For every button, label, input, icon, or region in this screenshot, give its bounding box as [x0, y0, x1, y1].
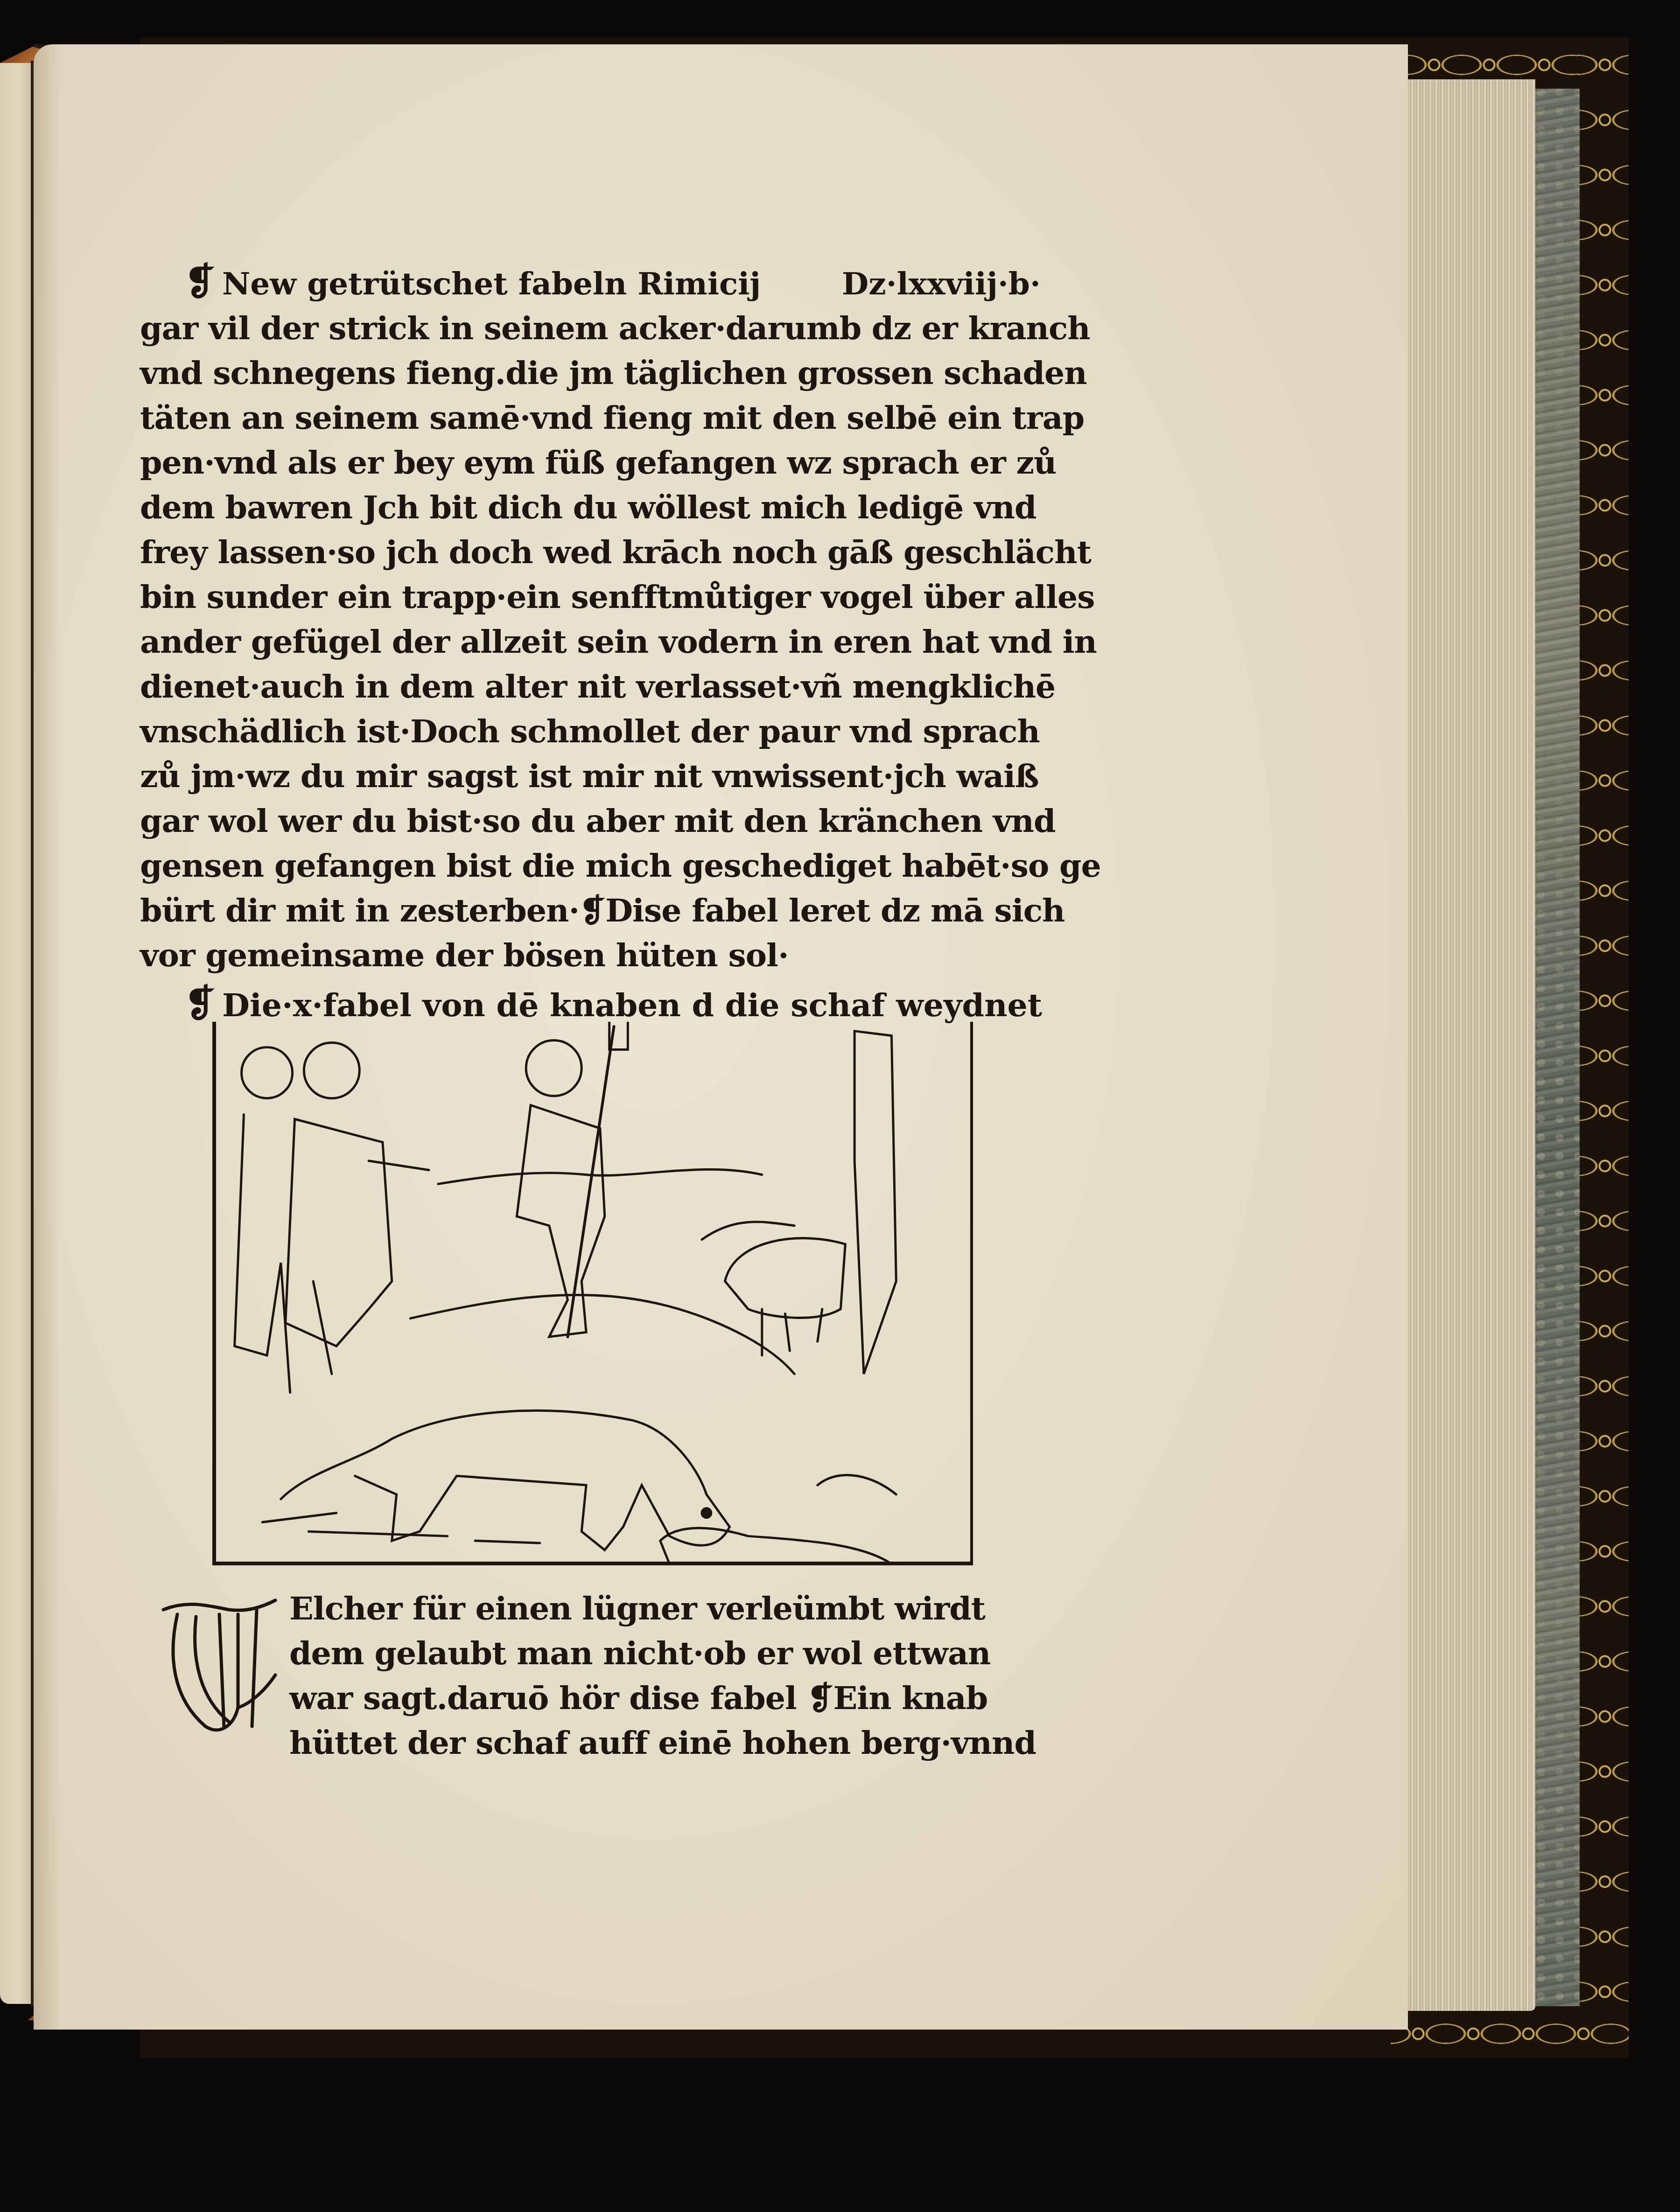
text-block: ❡New getrütschet fabeln Rimicij Dz·lxxvi… — [140, 259, 1041, 1028]
facing-page-verso-edge — [0, 63, 33, 2004]
folio-number: Dz·lxxviij·b· — [842, 261, 1041, 306]
marbled-endpaper — [1535, 89, 1580, 2006]
body-line: vnschädlich ist·Doch schmollet der paur … — [140, 709, 1041, 754]
initial-paragraph-lines: Elcher für einen lügner verleümbt wirdt … — [285, 1586, 1045, 1765]
hill-line-icon — [410, 1295, 794, 1374]
running-head: ❡New getrütschet fabeln Rimicij Dz·lxxvi… — [140, 259, 1041, 306]
body-line: vnd schnegens fieng.die jm täglichen gro… — [140, 351, 1041, 396]
running-head-title: New getrütschet fabeln Rimicij — [222, 265, 761, 302]
fallen-sheep-icon — [660, 1475, 896, 1562]
body-line: pen·vnd als er bey eym füß gefangen wz s… — [140, 440, 1041, 485]
initial-paragraph: Elcher für einen lügner verleümbt wirdt … — [159, 1586, 1045, 1765]
body-line: gensen gefangen bist die mich geschedige… — [140, 844, 1041, 888]
body-line: frey lassen·so jch doch wed krāch noch g… — [140, 530, 1041, 575]
body-line: bürt dir mit in zesterben·❡Dise fabel le… — [140, 888, 1041, 933]
body-line: hüttet der schaf auff einē hohen berg·vn… — [289, 1721, 1045, 1765]
body-line: bin sunder ein trapp·ein senfftmůtiger v… — [140, 575, 1041, 620]
drop-initial-w — [159, 1586, 285, 1740]
body-line: zů jm·wz du mir sagst ist mir nit vnwiss… — [140, 754, 1041, 799]
body-line: ander gefügel der allzeit sein vodern in… — [140, 620, 1041, 664]
body-line: vor gemeinsame der bösen hüten sol· — [140, 933, 1041, 978]
body-line: dem gelaubt man nicht·ob er wol ettwan — [289, 1631, 1045, 1676]
running-head-title-wrap: ❡New getrütschet fabeln Rimicij — [184, 259, 761, 306]
shepherd-boy-icon — [517, 1022, 628, 1337]
pilcrow-icon: ❡ — [184, 981, 216, 1025]
pilcrow-icon: ❡ — [184, 259, 216, 303]
body-line: gar vil der strick in seinem acker·darum… — [140, 306, 1041, 351]
tree-trunk-icon — [854, 1031, 896, 1374]
body-line: täten an seinem samē·vnd fieng mit den s… — [140, 396, 1041, 440]
gilt-tooled-border-bottom — [1391, 2006, 1629, 2058]
fable-caption-text: Die·x·fabel von dē knaben d die schaf we… — [222, 987, 1042, 1024]
body-line: war sagt.daruō hör dise fabel ❡Ein knab — [289, 1676, 1045, 1721]
page-fore-edge-stack — [1402, 79, 1535, 2011]
sheep-icon — [725, 1238, 846, 1355]
woodcut-illustration — [212, 1022, 973, 1565]
fable-caption: ❡Die·x·fabel von dē knaben d die schaf w… — [140, 981, 1041, 1028]
two-men-figures-icon — [235, 1043, 429, 1393]
body-line: gar wol wer du bist·so du aber mit den k… — [140, 799, 1041, 844]
body-line: Elcher für einen lügner verleümbt wirdt — [289, 1586, 1045, 1631]
wolf-icon — [281, 1410, 730, 1550]
body-line: dienet·auch in dem alter nit verlasset·v… — [140, 664, 1041, 709]
book-gutter — [31, 61, 34, 2006]
body-line: dem bawren Jch bit dich du wöllest mich … — [140, 485, 1041, 530]
hill-line-icon — [438, 1169, 762, 1184]
gilt-tooled-border-right — [1577, 37, 1629, 2058]
